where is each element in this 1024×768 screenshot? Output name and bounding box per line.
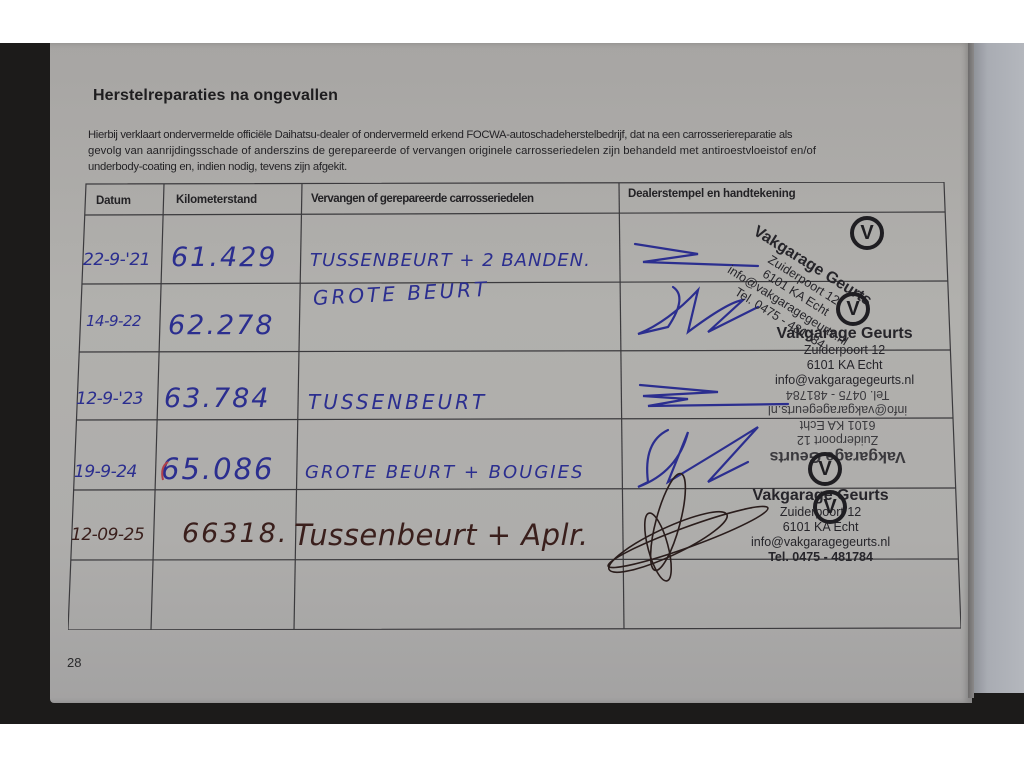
intro-line: underbody-coating en, indien nodig, teve… [88,159,950,175]
intro-line: Hierbij verklaart ondervermelde officiël… [88,127,950,143]
repair-log-table: Datum Kilometerstand Vervangen of gerepa… [68,182,961,630]
page-title: Herstelreparaties na ongevallen [93,87,338,105]
signature-row-3 [640,385,788,406]
page-number: 28 [67,655,81,670]
vakgarage-logo-icon: V [813,490,847,524]
vakgarage-logo-icon: V [850,216,884,250]
signature-row-5 [603,471,771,584]
signature-row-4 [638,427,758,487]
vakgarage-logo-icon: V [808,452,842,486]
dealer-stamp-upside-down: Vakgarage Geurts Zuiderpoort 12 6101 KA … [768,387,907,465]
intro-line: gevolg van aanrijdingsschade of anderszi… [88,143,950,159]
dealer-stamp-1: Vakgarage Geurts Zuiderpoort 12 6101 KA … [775,325,914,388]
page-gutter [968,43,974,698]
intro-paragraph: Hierbij verklaart ondervermelde officiël… [88,127,950,175]
next-page-edge [972,43,1024,693]
vakgarage-logo-icon: V [836,292,870,326]
red-ink-mark [162,462,168,480]
